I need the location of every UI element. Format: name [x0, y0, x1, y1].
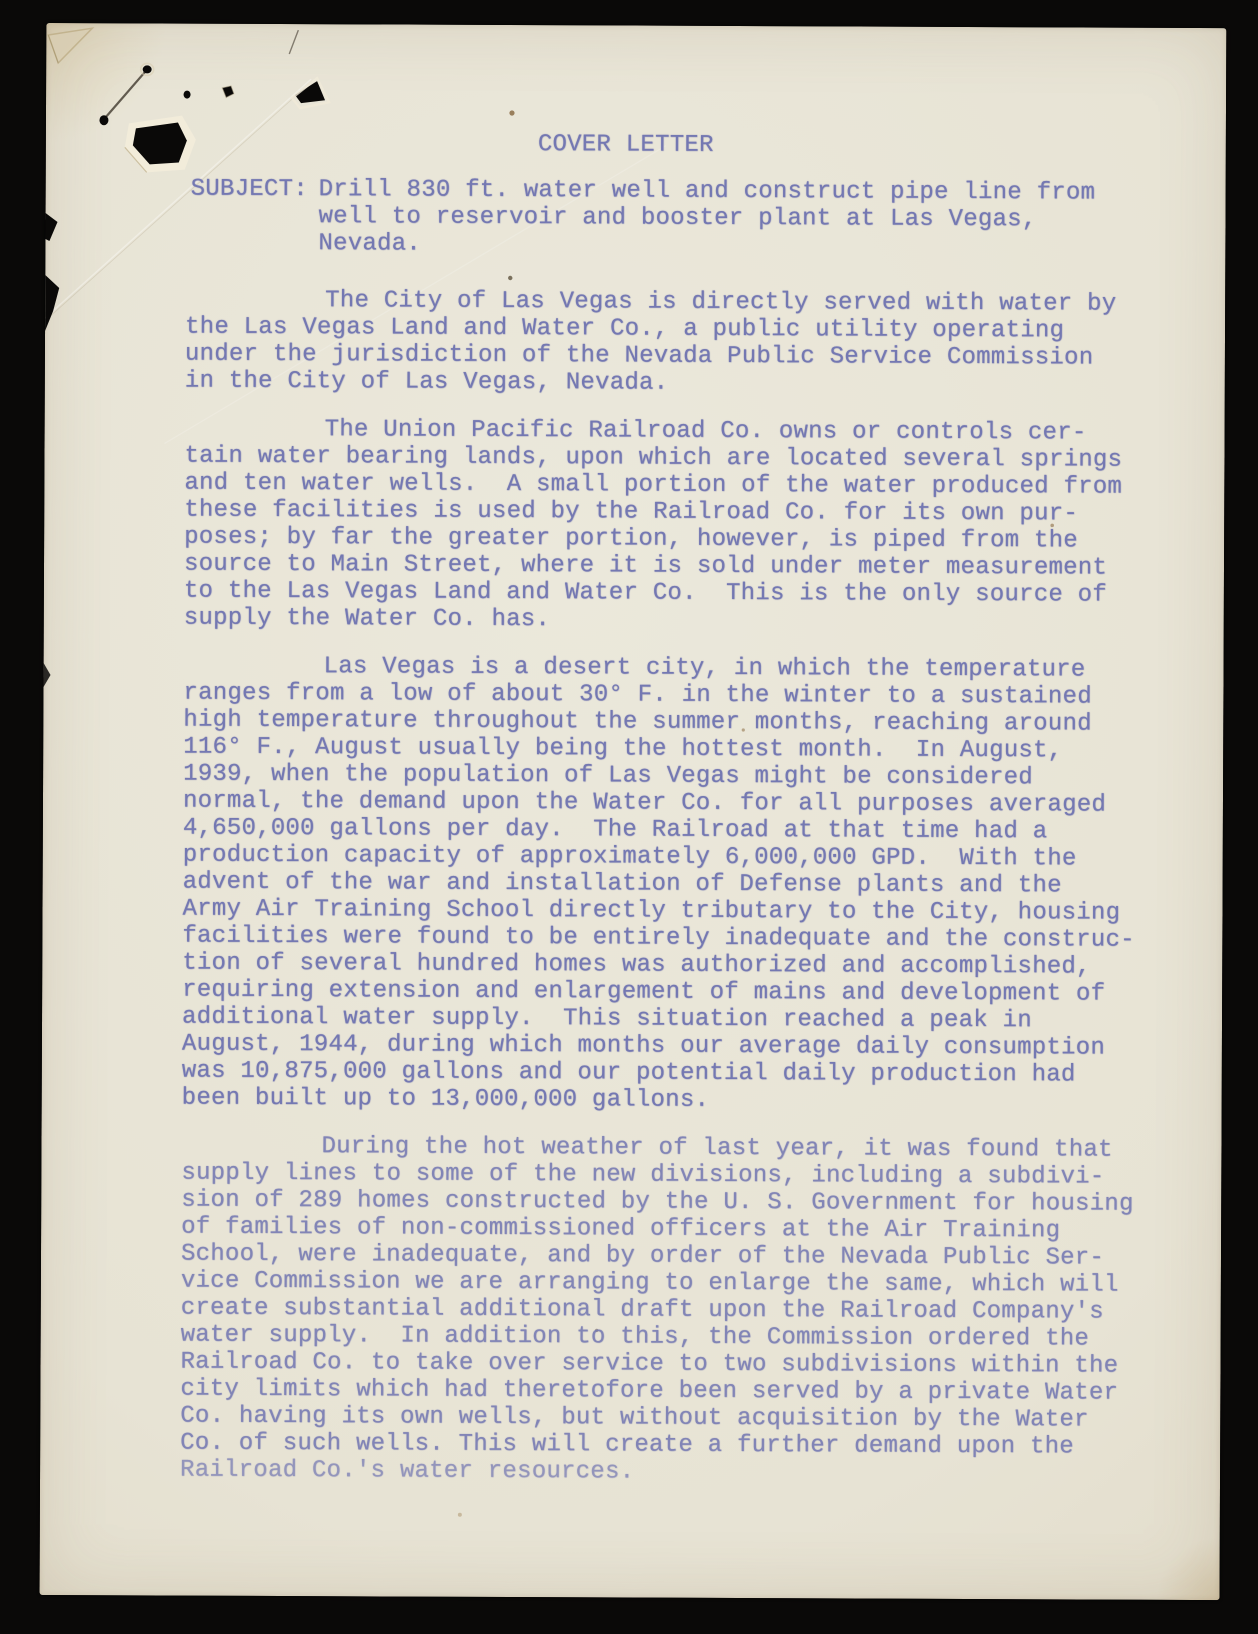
text-line: Army Air Training School directly tribut…: [182, 896, 1162, 927]
subject-lines: Drill 830 ft. water well and construct p…: [318, 176, 1165, 261]
text-line: of families of non-commissioned officers…: [181, 1214, 1161, 1245]
text-line: requiring extension and enlargement of m…: [182, 977, 1162, 1008]
text-line: Nevada.: [318, 230, 1165, 261]
edge-notch: [43, 213, 59, 687]
text-line: well to reservoir and booster plant at L…: [318, 203, 1165, 234]
text-line: to the Las Vegas Land and Water Co. This…: [184, 578, 1164, 609]
text-line: production capacity of approximately 6,0…: [183, 842, 1163, 873]
text-line: Railroad Co.'s water resources.: [180, 1457, 1160, 1488]
text-line: tain water bearing lands, upon which are…: [184, 443, 1164, 474]
text-line: Drill 830 ft. water well and construct p…: [319, 176, 1166, 207]
paragraph: Las Vegas is a desert city, in which the…: [182, 653, 1164, 1116]
text-line: Co. having its own wells, but without ac…: [180, 1403, 1160, 1434]
paragraph: The City of Las Vegas is directly served…: [185, 287, 1165, 399]
text-line: The City of Las Vegas is directly served…: [185, 287, 1165, 318]
text-line: 116° F., August usually being the hottes…: [183, 734, 1163, 765]
page-title: COVER LETTER: [538, 131, 1166, 161]
text-line: ranges from a low of about 30° F. in the…: [183, 680, 1163, 711]
torn-corner: [48, 28, 116, 63]
text-line: was 10,875,000 gallons and our potential…: [182, 1058, 1162, 1089]
text-line: additional water supply. This situation …: [182, 1004, 1162, 1035]
text-line: vice Commission we are arranging to enla…: [181, 1268, 1161, 1299]
text-line: supply lines to some of the new division…: [181, 1160, 1161, 1191]
text-line: During the hot weather of last year, it …: [181, 1133, 1161, 1164]
letter-text: COVER LETTER SUBJECT: Drill 830 ft. wate…: [180, 24, 1166, 1488]
text-line: in the City of Las Vegas, Nevada.: [185, 368, 1165, 399]
text-line: these facilities is used by the Railroad…: [184, 497, 1164, 528]
text-line: and ten water wells. A small portion of …: [184, 470, 1164, 501]
text-line: School, were inadequate, and by order of…: [181, 1241, 1161, 1272]
text-line: normal, the demand upon the Water Co. fo…: [183, 788, 1163, 819]
scan-background: COVER LETTER SUBJECT: Drill 830 ft. wate…: [0, 0, 1258, 1634]
text-line: been built up to 13,000,000 gallons.: [182, 1085, 1162, 1116]
paragraph: During the hot weather of last year, it …: [180, 1133, 1162, 1488]
text-line: 1939, when the population of Las Vegas m…: [183, 761, 1163, 792]
document-page: COVER LETTER SUBJECT: Drill 830 ft. wate…: [40, 23, 1227, 1600]
document-body: The City of Las Vegas is directly served…: [180, 287, 1165, 1488]
paper-slit: [99, 63, 153, 125]
text-line: under the jurisdiction of the Nevada Pub…: [185, 341, 1165, 372]
text-line: Co. of such wells. This will create a fu…: [180, 1430, 1160, 1461]
text-line: poses; by far the greater portion, howev…: [184, 524, 1164, 555]
text-line: August, 1944, during which months our av…: [182, 1031, 1162, 1062]
text-line: tion of several hundred homes was author…: [182, 950, 1162, 981]
subject-block: SUBJECT: Drill 830 ft. water well and co…: [185, 176, 1165, 261]
text-line: Las Vegas is a desert city, in which the…: [184, 653, 1164, 684]
text-line: water supply. In addition to this, the C…: [181, 1322, 1161, 1353]
text-line: sion of 289 homes constructed by the U. …: [181, 1187, 1161, 1218]
text-line: city limits which had theretofore been s…: [180, 1376, 1160, 1407]
paragraph: The Union Pacific Railroad Co. owns or c…: [184, 416, 1165, 636]
text-line: 4,650,000 gallons per day. The Railroad …: [183, 815, 1163, 846]
text-line: create substantial additional draft upon…: [181, 1295, 1161, 1326]
text-line: supply the Water Co. has.: [184, 605, 1164, 636]
subject-label: SUBJECT:: [191, 176, 308, 204]
text-line: high temperature throughout the summer m…: [183, 707, 1163, 738]
text-line: facilities were found to be entirely ina…: [182, 923, 1162, 954]
text-line: source to Main Street, where it is sold …: [184, 551, 1164, 582]
text-line: the Las Vegas Land and Water Co., a publ…: [185, 314, 1165, 345]
text-line: The Union Pacific Railroad Co. owns or c…: [185, 416, 1165, 447]
text-line: advent of the war and installation of De…: [183, 869, 1163, 900]
text-line: Railroad Co. to take over service to two…: [180, 1349, 1160, 1380]
